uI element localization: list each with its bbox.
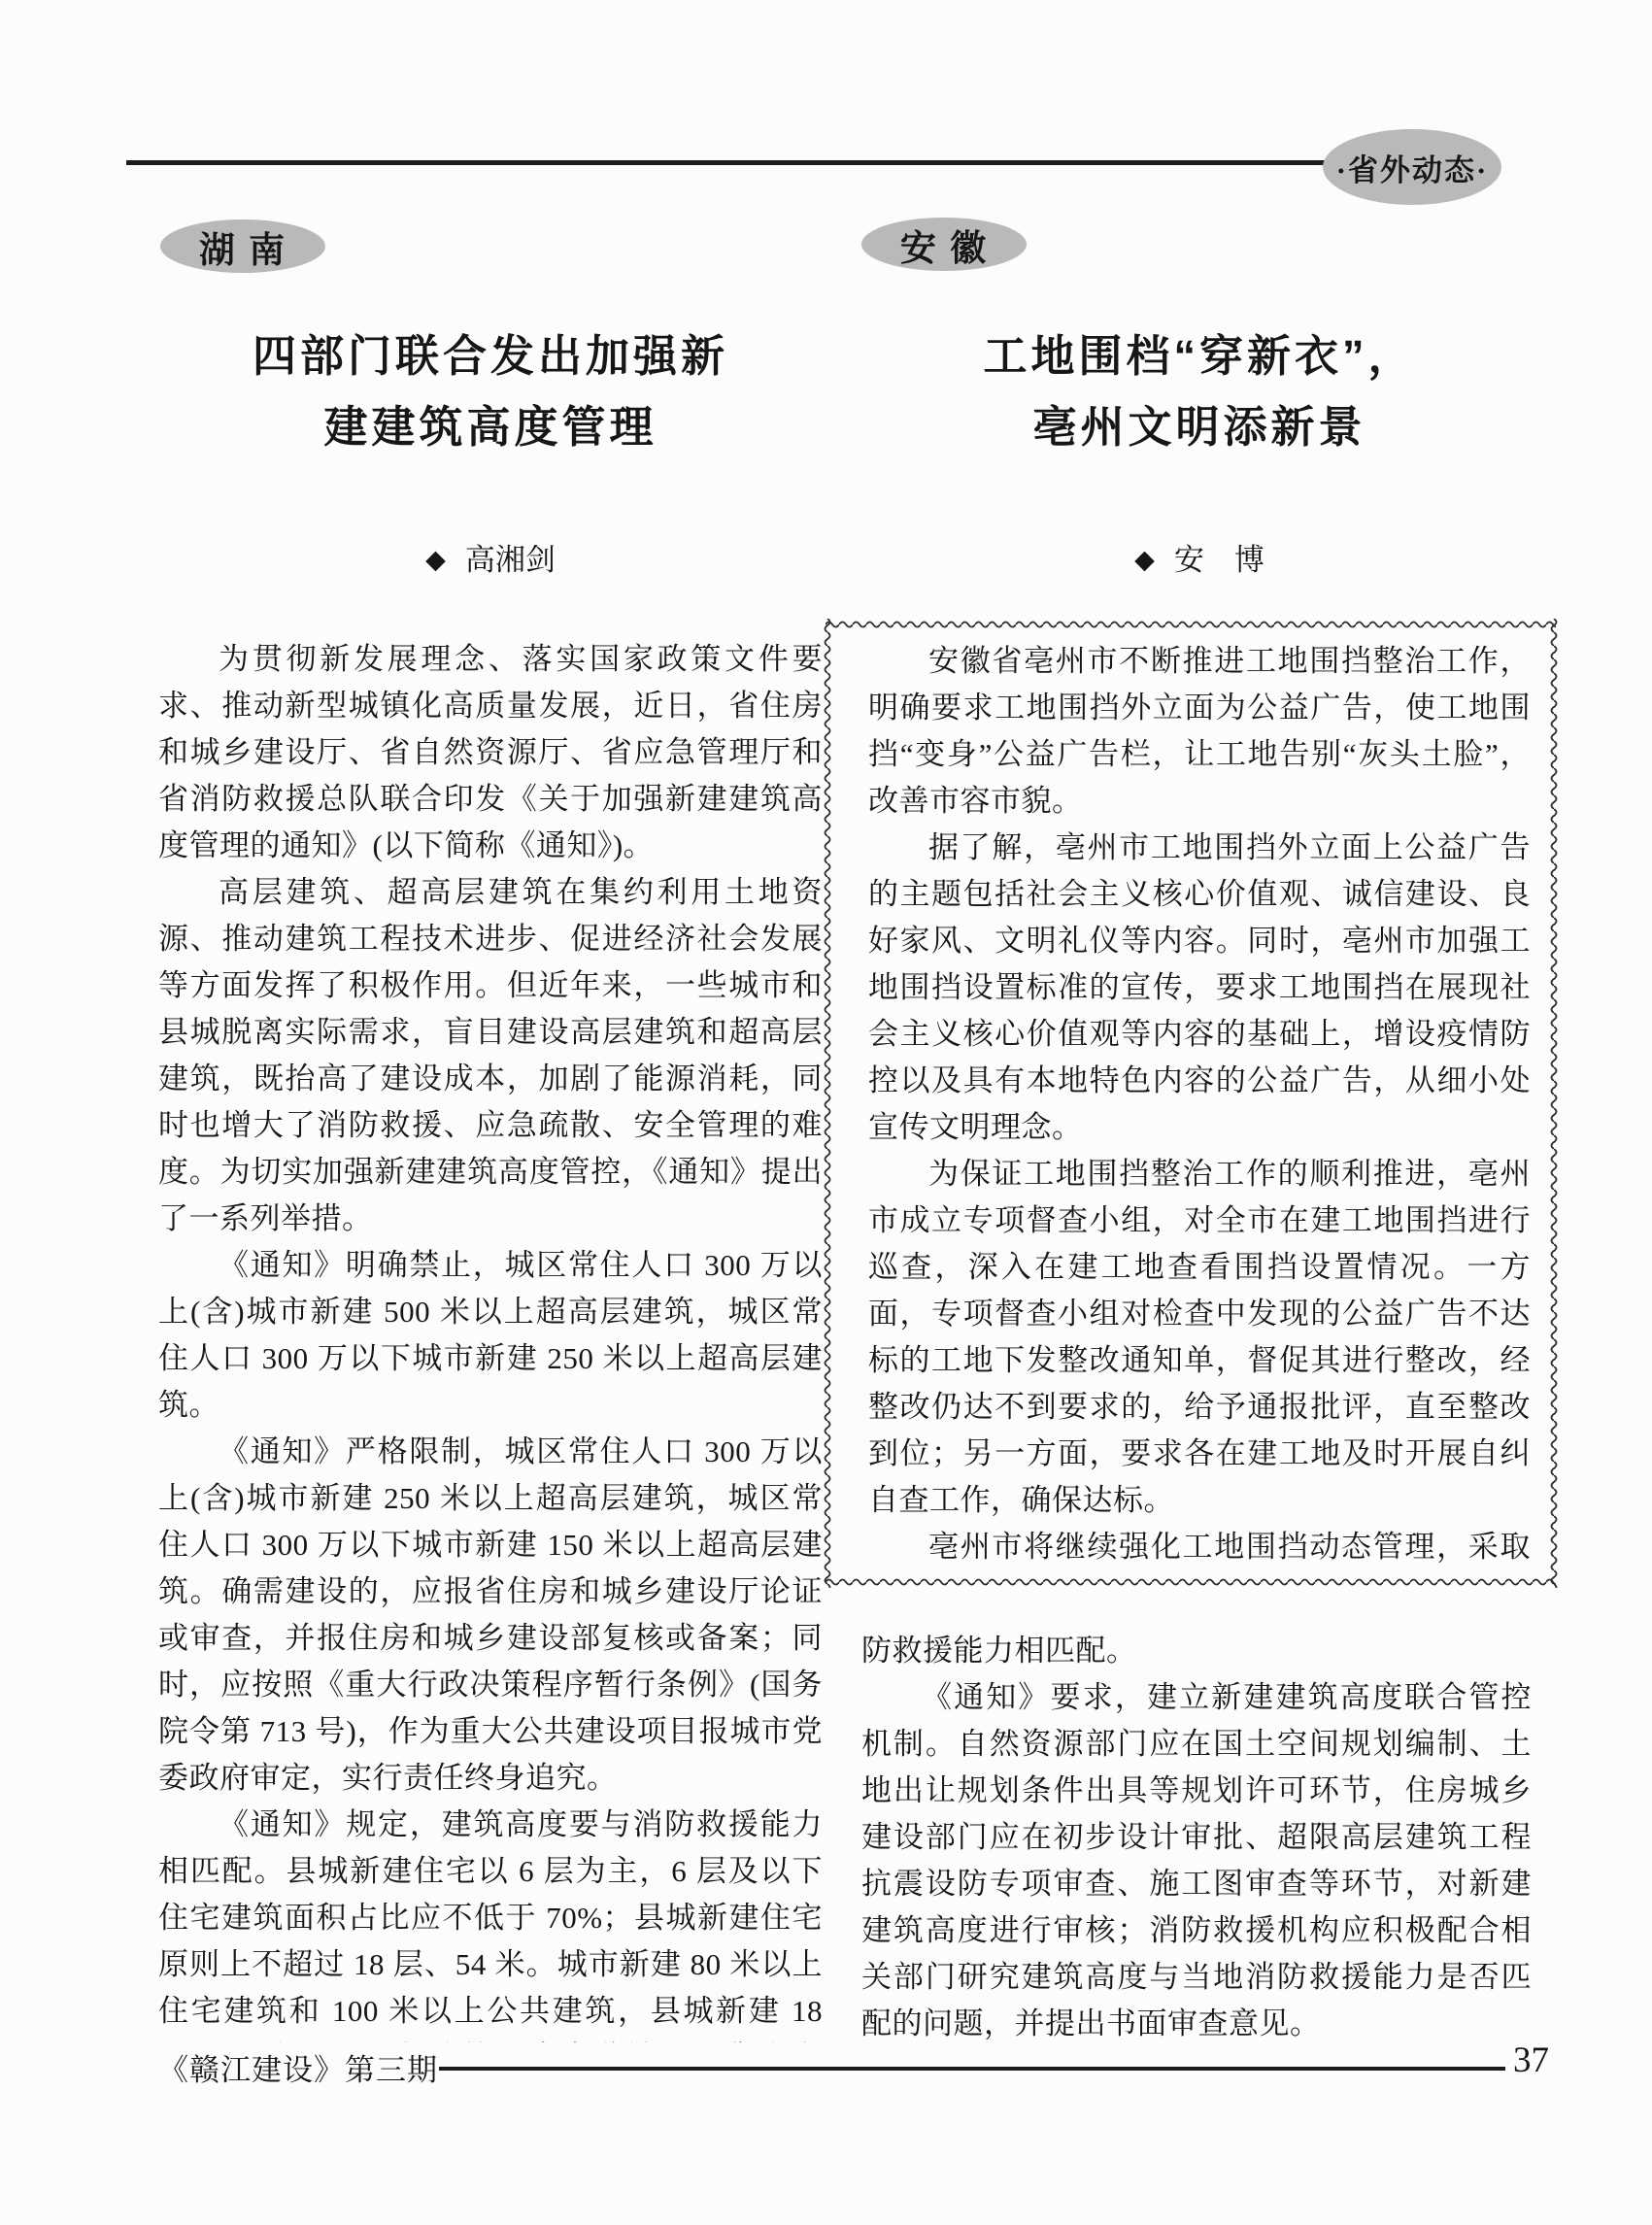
wavy-border-left (822, 619, 833, 1588)
paragraph: 《通知》要求，建立新建建筑高度联合管控机制。自然资源部门应在国土空间规划编制、土… (861, 1674, 1532, 2047)
article-left-continuation: 防救援能力相匹配。 《通知》要求，建立新建建筑高度联合管控机制。自然资源部门应在… (861, 1628, 1532, 2047)
paragraph: 亳州市将继续强化工地围挡动态管理，采取有效措施，推进工地围挡设置管理工作的常态化… (868, 1524, 1531, 1563)
paragraph: 安徽省亳州市不断推进工地围挡整治工作，明确要求工地围挡外立面为公益广告，使工地围… (868, 638, 1531, 825)
article-left-author-name: 高湘剑 (465, 543, 556, 577)
footer-journal: 《赣江建设》第三期 (158, 2045, 438, 2089)
article-right-author-name: 安 博 (1174, 543, 1264, 577)
diamond-icon: ◆ (1134, 545, 1155, 574)
section-badge: ·省外动态· (1323, 129, 1501, 205)
paragraph: 《通知》规定，建筑高度要与消防救援能力相匹配。县城新建住宅以 6 层为主，6 层… (158, 1802, 823, 2042)
header-rule (126, 160, 1329, 165)
magazine-page: ·省外动态· 湖 南 安 徽 四部门联合发出加强新 建建筑高度管理 ◆高湘剑 工… (0, 0, 1652, 2225)
article-left-title: 四部门联合发出加强新 建建筑高度管理 (158, 320, 823, 462)
paragraph: 为保证工地围挡整治工作的顺利推进，亳州市成立专项督查小组，对全市在建工地围挡进行… (868, 1151, 1531, 1524)
region-badge-anhui: 安 徽 (861, 218, 1027, 271)
article-right-body: 安徽省亳州市不断推进工地围挡整治工作，明确要求工地围挡外立面为公益广告，使工地围… (868, 638, 1531, 1563)
region-badge-hunan: 湖 南 (160, 219, 325, 273)
article-left-title-line1: 四部门联合发出加强新 (158, 320, 823, 391)
article-right-title-line2: 亳州文明添新景 (867, 391, 1532, 462)
footer-page-number: 37 (1513, 2040, 1549, 2081)
region-badge-anhui-label: 安 徽 (900, 219, 988, 271)
diamond-icon: ◆ (425, 545, 446, 574)
wavy-border-right (1548, 619, 1560, 1588)
paragraph: 防救援能力相匹配。 (861, 1628, 1532, 1674)
wavy-border-top (826, 619, 1556, 630)
section-badge-label: ·省外动态· (1336, 146, 1489, 189)
article-right-title: 工地围档“穿新衣”， 亳州文明添新景 (867, 320, 1532, 462)
paragraph: 据了解，亳州市工地围挡外立面上公益广告的主题包括社会主义核心价值观、诚信建设、良… (868, 825, 1531, 1151)
wavy-border-bottom (826, 1576, 1556, 1588)
paragraph: 《通知》明确禁止，城区常住人口 300 万以上(含)城市新建 500 米以上超高… (158, 1242, 823, 1429)
article-right-title-line1: 工地围档“穿新衣”， (867, 320, 1532, 391)
article-left-author: ◆高湘剑 (158, 535, 823, 579)
wavy-border-box: 安徽省亳州市不断推进工地围挡整治工作，明确要求工地围挡外立面为公益广告，使工地围… (826, 619, 1556, 1588)
paragraph: 高层建筑、超高层建筑在集约利用土地资源、推动建筑工程技术进步、促进经济社会发展等… (158, 869, 823, 1242)
article-left-title-line2: 建建筑高度管理 (158, 391, 823, 462)
article-right-author: ◆安 博 (867, 535, 1532, 579)
paragraph: 《通知》严格限制，城区常住人口 300 万以上(含)城市新建 250 米以上超高… (158, 1429, 823, 1802)
footer-rule (439, 2067, 1505, 2071)
paragraph: 为贯彻新发展理念、落实国家政策文件要求、推动新型城镇化高质量发展，近日，省住房和… (158, 636, 823, 869)
region-badge-hunan-label: 湖 南 (199, 220, 287, 273)
article-left-body: 为贯彻新发展理念、落实国家政策文件要求、推动新型城镇化高质量发展，近日，省住房和… (158, 636, 823, 2042)
